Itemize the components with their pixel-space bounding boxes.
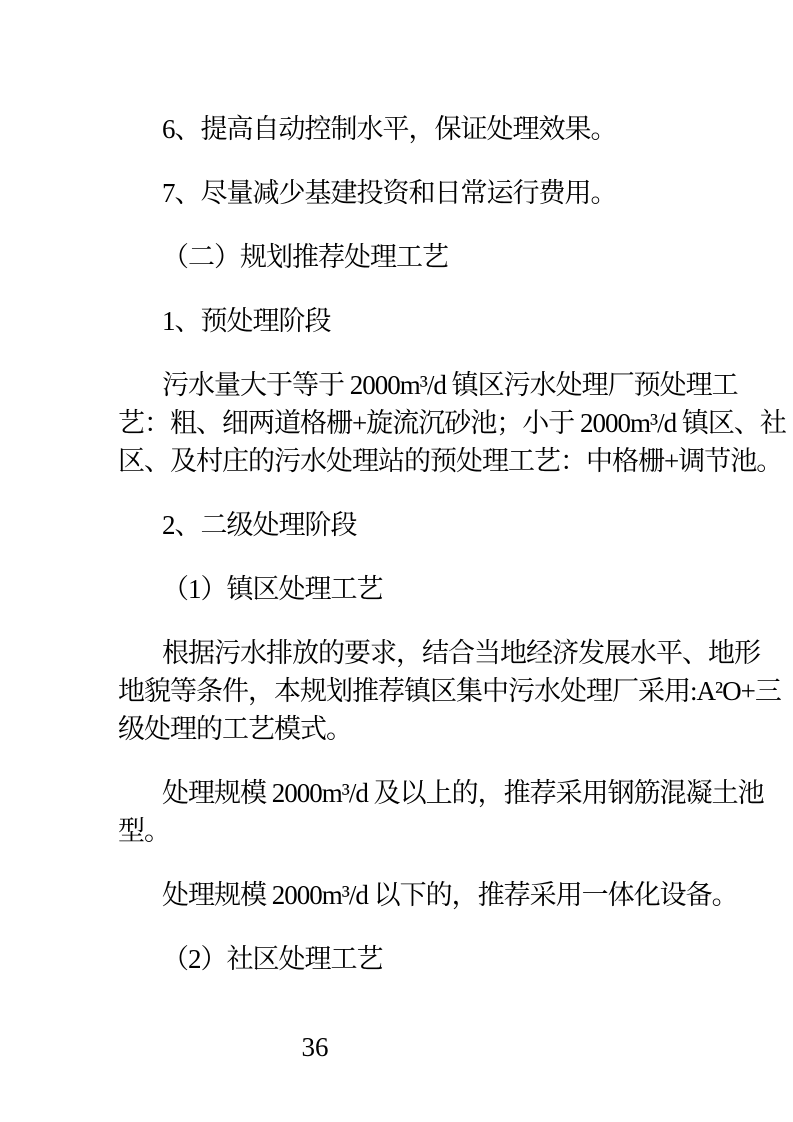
- paragraph-pretreatment: 污水量大于等于 2000m³/d 镇区污水处理厂预处理工 艺：粗、细两道格栅+旋…: [118, 366, 718, 480]
- paragraph-line: 型。: [118, 812, 718, 850]
- document-body: 6、提高自动控制水平，保证处理效果。 7、尽量减少基建投资和日常运行费用。 （二…: [118, 110, 718, 1004]
- paragraph-item-6: 6、提高自动控制水平，保证处理效果。: [118, 110, 718, 148]
- heading-line: （1）镇区处理工艺: [118, 570, 718, 608]
- heading-town-process: （1）镇区处理工艺: [118, 570, 718, 608]
- paragraph-line: 根据污水排放的要求，结合当地经济发展水平、地形: [118, 634, 718, 672]
- page-number: 36: [285, 1032, 345, 1062]
- heading-section-two: （二）规划推荐处理工艺: [118, 238, 718, 276]
- heading-line: （2）社区处理工艺: [118, 940, 718, 978]
- paragraph-scale-below: 处理规模 2000m³/d 以下的，推荐采用一体化设备。: [118, 876, 718, 914]
- heading-line: （二）规划推荐处理工艺: [118, 238, 718, 276]
- heading-line: 1、预处理阶段: [118, 302, 718, 340]
- paragraph-line: 污水量大于等于 2000m³/d 镇区污水处理厂预处理工: [118, 366, 718, 404]
- paragraph-scale-above: 处理规模 2000m³/d 及以上的，推荐采用钢筋混凝土池 型。: [118, 774, 718, 850]
- paragraph-line: 处理规模 2000m³/d 以下的，推荐采用一体化设备。: [118, 876, 718, 914]
- heading-secondary-stage: 2、二级处理阶段: [118, 506, 718, 544]
- paragraph-line: 7、尽量减少基建投资和日常运行费用。: [118, 174, 718, 212]
- paragraph-line: 级处理的工艺模式。: [118, 710, 718, 748]
- document-page: 6、提高自动控制水平，保证处理效果。 7、尽量减少基建投资和日常运行费用。 （二…: [0, 0, 793, 1122]
- paragraph-town-process: 根据污水排放的要求，结合当地经济发展水平、地形 地貌等条件，本规划推荐镇区集中污…: [118, 634, 718, 748]
- paragraph-line: 6、提高自动控制水平，保证处理效果。: [118, 110, 718, 148]
- paragraph-line: 地貌等条件，本规划推荐镇区集中污水处理厂采用:A²O+三: [118, 672, 718, 710]
- paragraph-line: 艺：粗、细两道格栅+旋流沉砂池；小于 2000m³/d 镇区、社: [118, 404, 718, 442]
- paragraph-line: 处理规模 2000m³/d 及以上的，推荐采用钢筋混凝土池: [118, 774, 718, 812]
- heading-pretreatment-stage: 1、预处理阶段: [118, 302, 718, 340]
- paragraph-line: 区、及村庄的污水处理站的预处理工艺：中格栅+调节池。: [118, 442, 718, 480]
- paragraph-item-7: 7、尽量减少基建投资和日常运行费用。: [118, 174, 718, 212]
- heading-line: 2、二级处理阶段: [118, 506, 718, 544]
- heading-community-process: （2）社区处理工艺: [118, 940, 718, 978]
